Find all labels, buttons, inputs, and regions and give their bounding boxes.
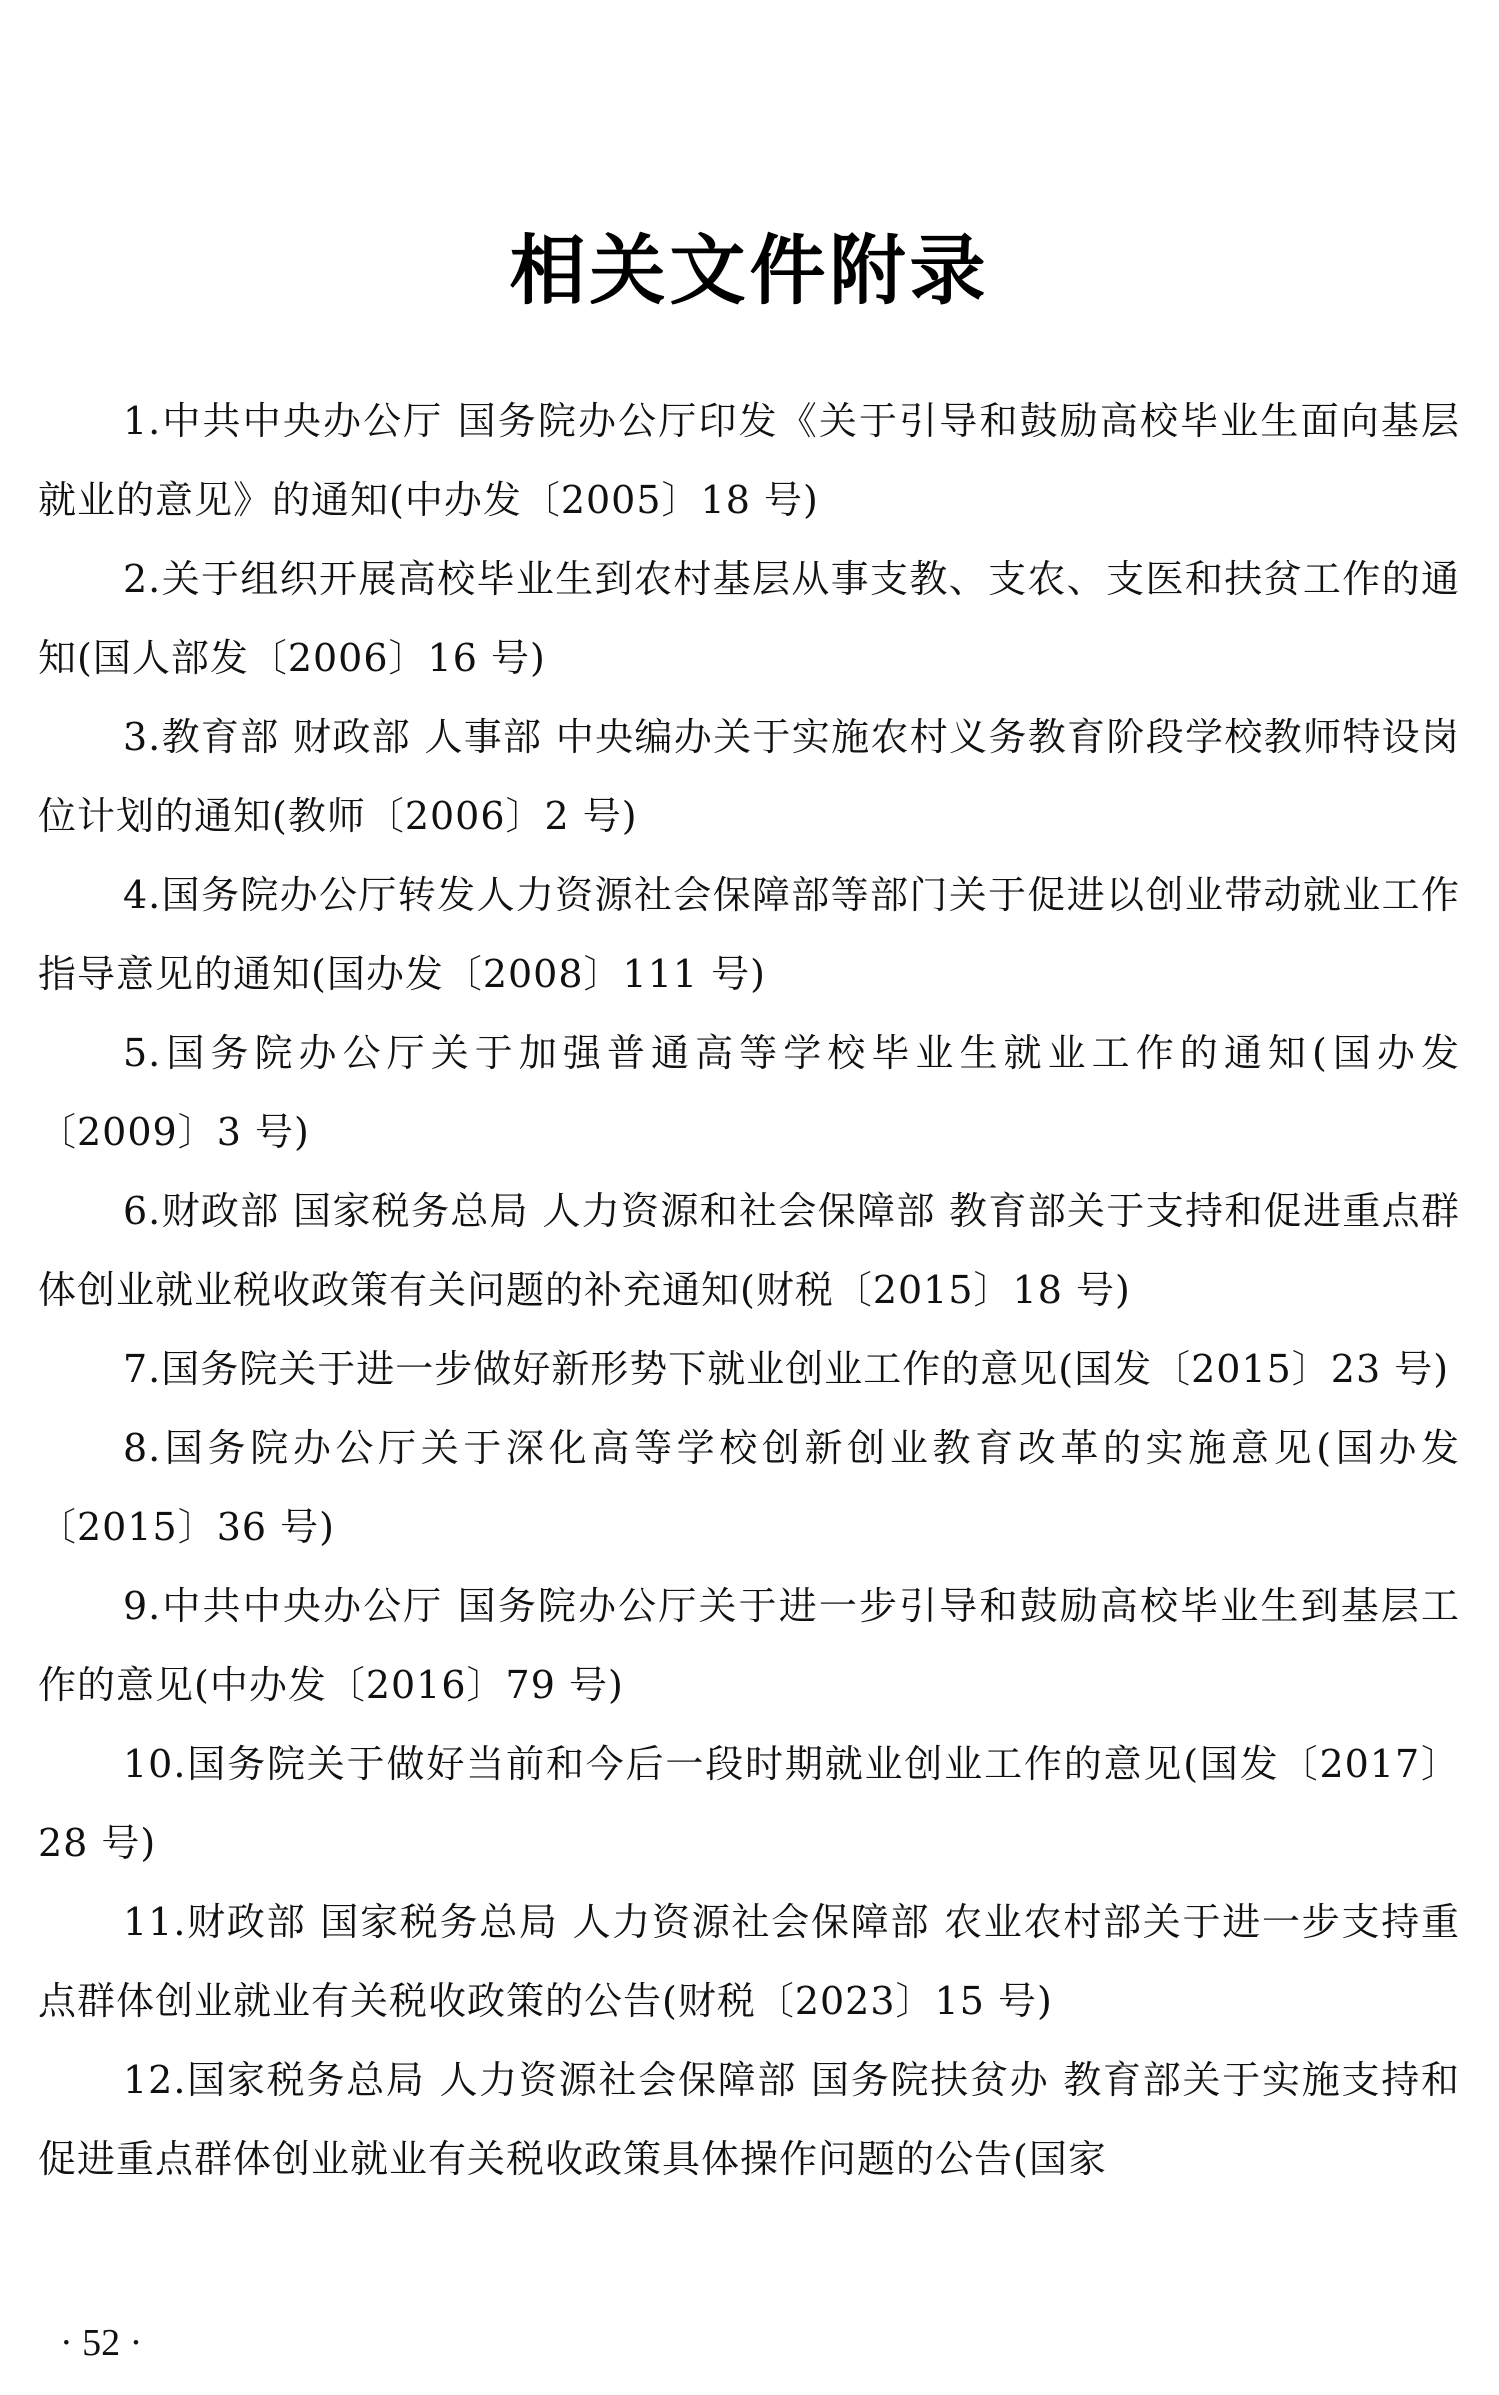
document-item: 11.财政部 国家税务总局 人力资源社会保障部 农业农村部关于进一步支持重点群体… — [38, 1883, 1460, 2041]
item-number: 6. — [123, 1189, 161, 1233]
item-number: 3. — [123, 715, 161, 759]
document-item: 3.教育部 财政部 人事部 中央编办关于实施农村义务教育阶段学校教师特设岗位计划… — [38, 698, 1460, 856]
item-number: 11. — [123, 1900, 186, 1944]
item-number: 10. — [123, 1742, 186, 1786]
item-text: 国务院办公厅转发人力资源社会保障部等部门关于促进以创业带动就业工作指导意见的通知… — [38, 873, 1460, 996]
item-text: 财政部 国家税务总局 人力资源和社会保障部 教育部关于支持和促进重点群体创业就业… — [38, 1189, 1460, 1312]
item-number: 8. — [123, 1426, 161, 1470]
item-number: 4. — [123, 873, 161, 917]
item-text: 中共中央办公厅 国务院办公厅关于进一步引导和鼓励高校毕业生到基层工作的意见(中办… — [38, 1584, 1460, 1707]
item-text: 中共中央办公厅 国务院办公厅印发《关于引导和鼓励高校毕业生面向基层就业的意见》的… — [38, 399, 1460, 522]
document-item: 7.国务院关于进一步做好新形势下就业创业工作的意见(国发〔2015〕23 号) — [38, 1330, 1460, 1409]
document-item: 4.国务院办公厅转发人力资源社会保障部等部门关于促进以创业带动就业工作指导意见的… — [38, 856, 1460, 1014]
page-title: 相关文件附录 — [0, 221, 1499, 321]
item-number: 9. — [123, 1584, 161, 1628]
item-text: 国务院办公厅关于加强普通高等学校毕业生就业工作的通知(国办发〔2009〕3 号) — [38, 1031, 1460, 1154]
document-item: 6.财政部 国家税务总局 人力资源和社会保障部 教育部关于支持和促进重点群体创业… — [38, 1172, 1460, 1330]
item-text: 国务院办公厅关于深化高等学校创新创业教育改革的实施意见(国办发〔2015〕36 … — [38, 1426, 1460, 1549]
item-text: 教育部 财政部 人事部 中央编办关于实施农村义务教育阶段学校教师特设岗位计划的通… — [38, 715, 1460, 838]
item-text: 财政部 国家税务总局 人力资源社会保障部 农业农村部关于进一步支持重点群体创业就… — [38, 1900, 1460, 2023]
document-item: 5.国务院办公厅关于加强普通高等学校毕业生就业工作的通知(国办发〔2009〕3 … — [38, 1014, 1460, 1172]
document-item: 1.中共中央办公厅 国务院办公厅印发《关于引导和鼓励高校毕业生面向基层就业的意见… — [38, 382, 1460, 540]
document-list: 1.中共中央办公厅 国务院办公厅印发《关于引导和鼓励高校毕业生面向基层就业的意见… — [38, 382, 1460, 2199]
item-number: 12. — [123, 2058, 186, 2102]
item-text: 国家税务总局 人力资源社会保障部 国务院扶贫办 教育部关于实施支持和促进重点群体… — [38, 2058, 1460, 2181]
item-number: 1. — [123, 399, 161, 443]
item-text: 关于组织开展高校毕业生到农村基层从事支教、支农、支医和扶贫工作的通知(国人部发〔… — [38, 557, 1460, 680]
document-item: 10.国务院关于做好当前和今后一段时期就业创业工作的意见(国发〔2017〕28 … — [38, 1725, 1460, 1883]
item-number: 2. — [123, 557, 161, 601]
page-number: · 52 · — [60, 2318, 142, 2368]
document-item: 12.国家税务总局 人力资源社会保障部 国务院扶贫办 教育部关于实施支持和促进重… — [38, 2041, 1460, 2199]
item-text: 国务院关于做好当前和今后一段时期就业创业工作的意见(国发〔2017〕28 号) — [38, 1742, 1460, 1865]
document-item: 2.关于组织开展高校毕业生到农村基层从事支教、支农、支医和扶贫工作的通知(国人部… — [38, 540, 1460, 698]
document-item: 9.中共中央办公厅 国务院办公厅关于进一步引导和鼓励高校毕业生到基层工作的意见(… — [38, 1567, 1460, 1725]
item-text: 国务院关于进一步做好新形势下就业创业工作的意见(国发〔2015〕23 号) — [161, 1347, 1449, 1391]
item-number: 7. — [123, 1347, 161, 1391]
document-item: 8.国务院办公厅关于深化高等学校创新创业教育改革的实施意见(国办发〔2015〕3… — [38, 1409, 1460, 1567]
item-number: 5. — [123, 1031, 161, 1075]
